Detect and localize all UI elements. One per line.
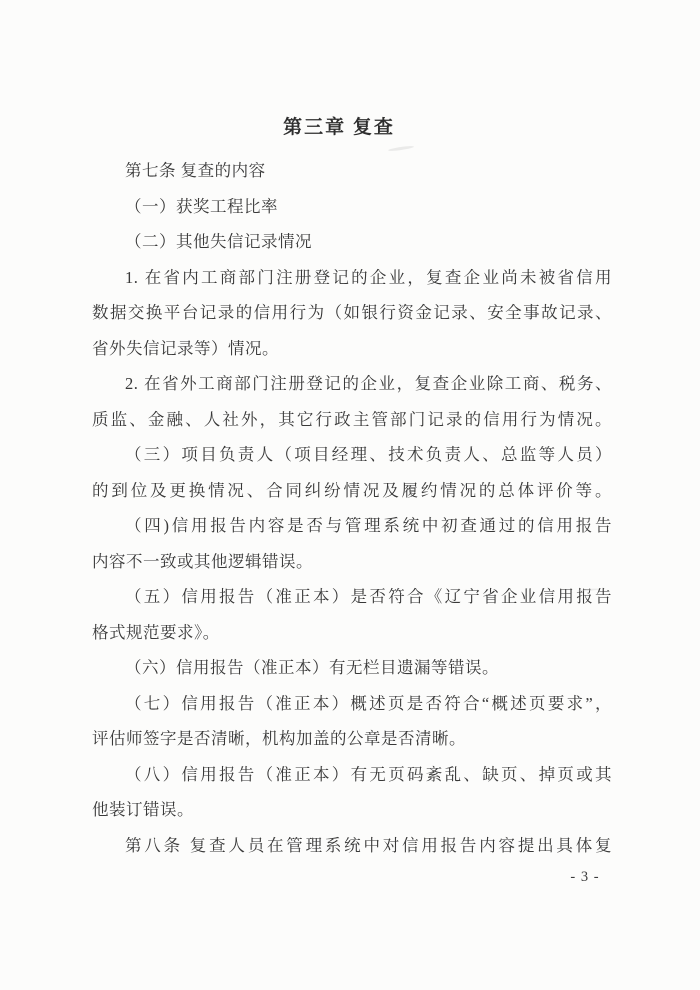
- text-line: 第七条 复查的内容: [92, 153, 612, 189]
- text-line: （四)信用报告内容是否与管理系统中初查通过的信用报告: [92, 508, 612, 544]
- text-line: 第八条 复查人员在管理系统中对信用报告内容提出具体复: [92, 828, 612, 864]
- text-line: （二）其他失信记录情况: [92, 224, 612, 260]
- text-line: 数据交换平台记录的信用行为（如银行资金记录、安全事故记录、: [92, 295, 612, 331]
- text-line: （六）信用报告（准正本）有无栏目遗漏等错误。: [92, 650, 612, 686]
- text-line: （七）信用报告（准正本）概述页是否符合“概述页要求”，: [92, 686, 612, 722]
- text-line: 他装订错误。: [92, 792, 612, 828]
- text-line: 的到位及更换情况、合同纠纷情况及履约情况的总体评价等。: [92, 473, 612, 509]
- text-line: 省外失信记录等）情况。: [92, 331, 612, 367]
- chapter-title: 第三章 复查: [79, 112, 599, 139]
- document-body: 第七条 复查的内容（一）获奖工程比率（二）其他失信记录情况1. 在省内工商部门注…: [92, 153, 612, 863]
- text-line: 2. 在省外工商部门注册登记的企业，复查企业除工商、税务、: [92, 366, 612, 402]
- page-number: - 3 -: [553, 869, 617, 886]
- text-line: 格式规范要求》。: [92, 615, 612, 651]
- text-line: 1. 在省内工商部门注册登记的企业，复查企业尚未被省信用: [92, 260, 612, 296]
- text-line: 质监、金融、人社外，其它行政主管部门记录的信用行为情况。: [92, 402, 612, 438]
- scan-artifact: [388, 145, 414, 152]
- text-line: （八）信用报告（准正本）有无页码紊乱、缺页、掉页或其: [92, 757, 612, 793]
- document-page: 第三章 复查 第七条 复查的内容（一）获奖工程比率（二）其他失信记录情况1. 在…: [0, 0, 700, 990]
- text-line: （三）项目负责人（项目经理、技术负责人、总监等人员）: [92, 437, 612, 473]
- text-line: 内容不一致或其他逻辑错误。: [92, 544, 612, 580]
- text-line: （五）信用报告（准正本）是否符合《辽宁省企业信用报告: [92, 579, 612, 615]
- text-line: （一）获奖工程比率: [92, 189, 612, 225]
- text-line: 评估师签字是否清晰，机构加盖的公章是否清晰。: [92, 721, 612, 757]
